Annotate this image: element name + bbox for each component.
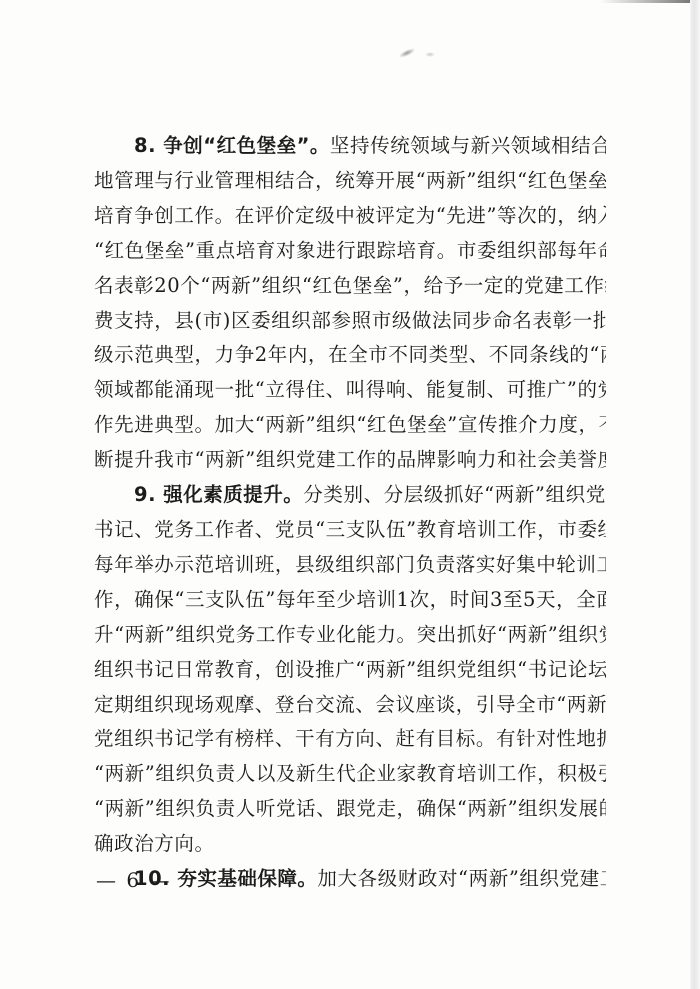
text-line: 8. 争创“红色堡垒”。坚持传统领域与新兴领域相结合、属 xyxy=(94,129,606,164)
text-line: 级示范典型，力争2年内，在全市不同类型、不同条线的“两新” xyxy=(94,338,606,373)
section-heading: 9. 强化素质提升。 xyxy=(134,483,303,506)
text-line: 名表彰20个“两新”组织“红色堡垒”，给予一定的党建工作经 xyxy=(94,269,606,304)
text-line: 地管理与行业管理相结合，统筹开展“两新”组织“红色堡垒” xyxy=(94,164,606,199)
text-line: 断提升我市“两新”组织党建工作的品牌影响力和社会美誉度。 xyxy=(94,443,606,478)
scan-artifact-mark xyxy=(398,46,417,59)
text-line: 9. 强化素质提升。分类别、分层级抓好“两新”组织党组织 xyxy=(94,478,606,513)
text-line: 作，确保“三支队伍”每年至少培训1次，时间3至5天，全面提 xyxy=(94,583,606,618)
page-number: — 6 — xyxy=(96,868,171,892)
text-line: 每年举办示范培训班，县级组织部门负责落实好集中轮训工 xyxy=(94,548,606,583)
text-line: “两新”组织负责人以及新生代企业家教育培训工作，积极引导 xyxy=(94,757,606,792)
text-line: “两新”组织负责人听党话、跟党走，确保“两新”组织发展的正 xyxy=(94,792,606,827)
text-line: 书记、党务工作者、党员“三支队伍”教育培训工作，市委组织部 xyxy=(94,513,606,548)
text-segment: 坚持传统领域与新兴领域相结合、属 xyxy=(330,134,606,157)
document-body: 8. 争创“红色堡垒”。坚持传统领域与新兴领域相结合、属 地管理与行业管理相结合… xyxy=(94,129,606,897)
text-segment: 加大各级财政对“两新”组织党建工作 xyxy=(317,867,606,890)
text-line: 作先进典型。加大“两新”组织“红色堡垒”宣传推介力度，不 xyxy=(94,408,606,443)
text-line: “红色堡垒”重点培育对象进行跟踪培育。市委组织部每年命 xyxy=(94,234,606,269)
paragraph-item-9: 9. 强化素质提升。分类别、分层级抓好“两新”组织党组织 书记、党务工作者、党员… xyxy=(94,478,606,862)
text-line: 确政治方向。 xyxy=(94,827,606,862)
section-heading: 8. 争创“红色堡垒”。 xyxy=(134,134,330,157)
text-line: 升“两新”组织党务工作专业化能力。突出抓好“两新”组织党 xyxy=(94,618,606,653)
text-line: 定期组织现场观摩、登台交流、会议座谈，引导全市“两新”组织 xyxy=(94,688,606,723)
text-line: 党组织书记学有榜样、干有方向、赶有目标。有针对性地抓好 xyxy=(94,722,606,757)
text-line: 组织书记日常教育，创设推广“两新”组织党组织“书记论坛”， xyxy=(94,653,606,688)
page-fold-shadow xyxy=(690,0,700,989)
scan-edge-shadow xyxy=(600,0,700,3)
paragraph-item-8: 8. 争创“红色堡垒”。坚持传统领域与新兴领域相结合、属 地管理与行业管理相结合… xyxy=(94,129,606,478)
text-line: 费支持，县(市)区委组织部参照市级做法同步命名表彰一批县 xyxy=(94,304,606,339)
text-line: 培育争创工作。在评价定级中被评定为“先进”等次的，纳入 xyxy=(94,199,606,234)
scanned-document-page: 8. 争创“红色堡垒”。坚持传统领域与新兴领域相结合、属 地管理与行业管理相结合… xyxy=(0,0,700,989)
text-segment: 分类别、分层级抓好“两新”组织党组织 xyxy=(303,483,606,506)
scan-artifact-mark xyxy=(425,52,435,57)
text-line: 领域都能涌现一批“立得住、叫得响、能复制、可推广”的党建工 xyxy=(94,373,606,408)
